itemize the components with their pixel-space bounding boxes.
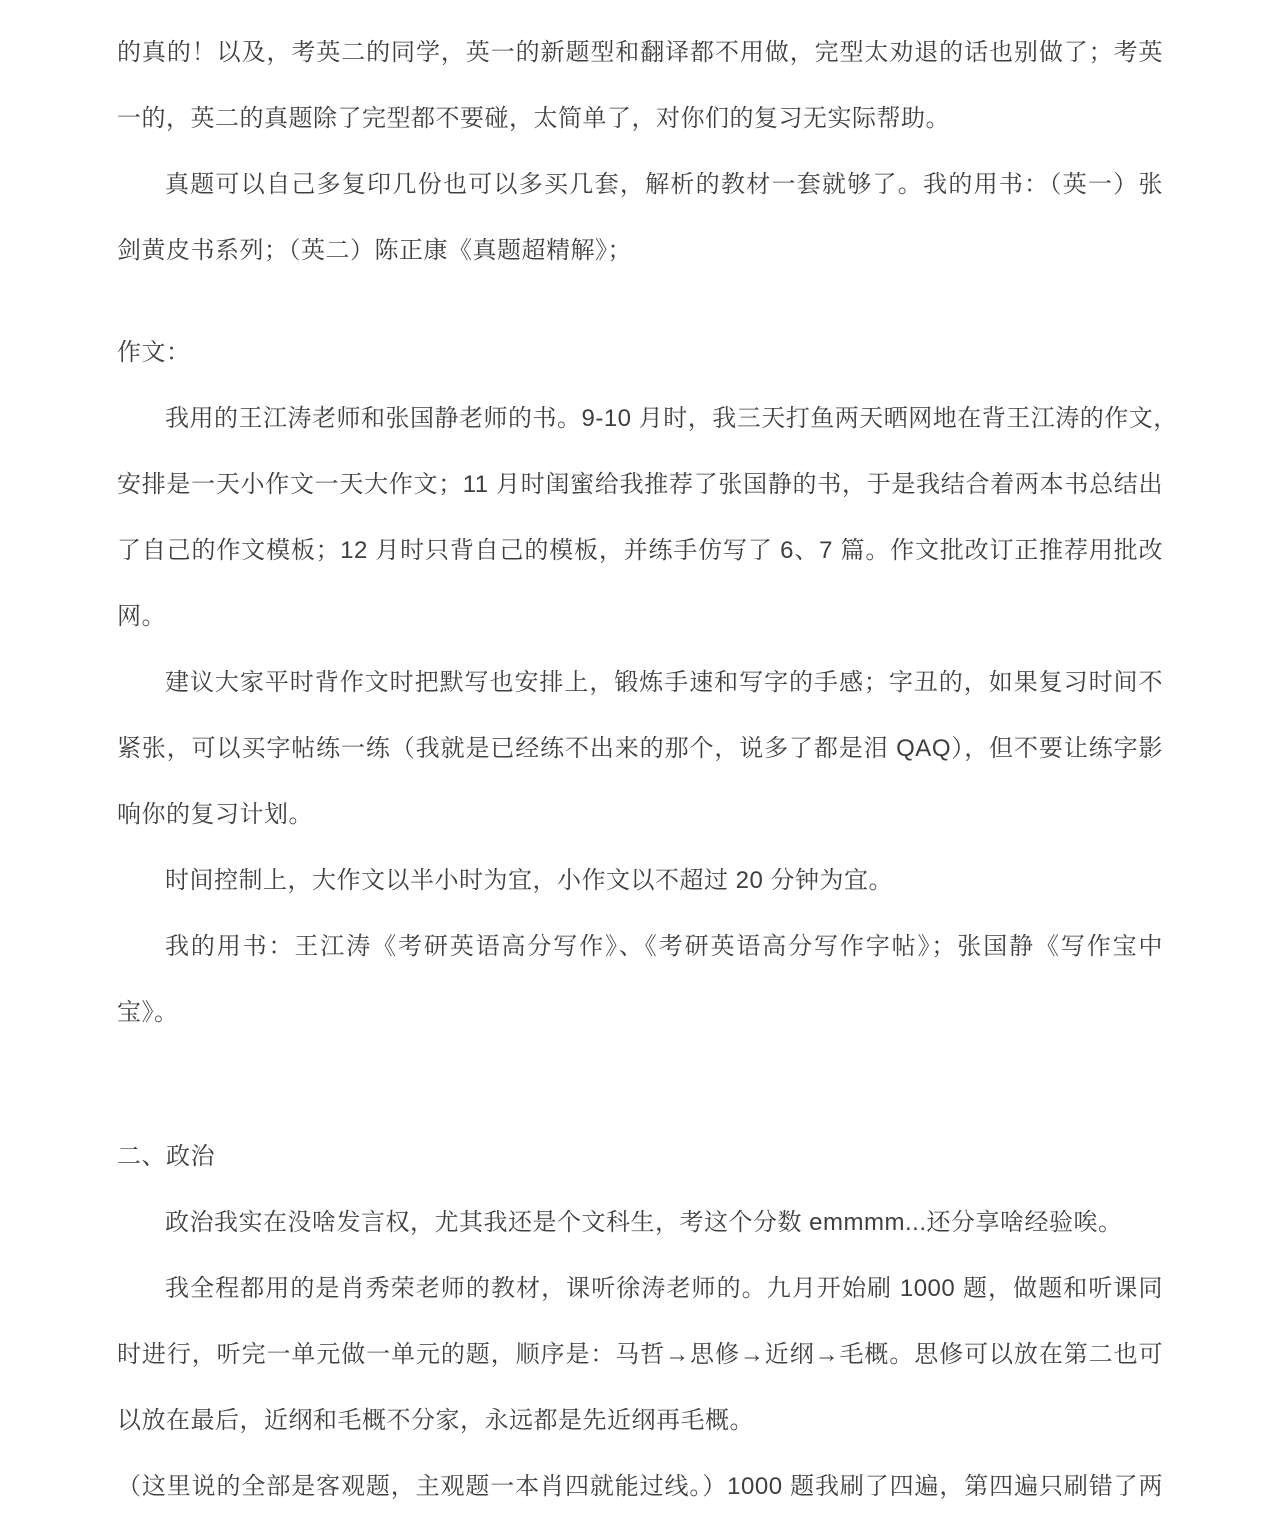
body-line: 我全程都用的是肖秀荣老师的教材，课听徐涛老师的。九月开始刷 1000 题，做题和… <box>117 1256 1163 1322</box>
heading-composition: 作文： <box>117 320 1163 386</box>
body-line: 网。 <box>117 584 1163 650</box>
body-line: 政治我实在没啥发言权，尤其我还是个文科生，考这个分数 emmmm...还分享啥经… <box>117 1190 1163 1256</box>
body-line: 一的，英二的真题除了完型都不要碰，太简单了，对你们的复习无实际帮助。 <box>117 86 1163 152</box>
body-line: 紧张，可以买字帖练一练（我就是已经练不出来的那个，说多了都是泪 QAQ），但不要… <box>117 716 1163 782</box>
body-line: 以放在最后，近纲和毛概不分家，永远都是先近纲再毛概。 <box>117 1388 1163 1454</box>
body-line: 的真的！以及，考英二的同学，英一的新题型和翻译都不用做，完型太劝退的话也别做了；… <box>117 20 1163 86</box>
body-line: 真题可以自己多复印几份也可以多买几套，解析的教材一套就够了。我的用书：（英一）张 <box>117 152 1163 218</box>
body-line: 时进行，听完一单元做一单元的题，顺序是：马哲→思修→近纲→毛概。思修可以放在第二… <box>117 1322 1163 1388</box>
body-line: 我的用书：王江涛《考研英语高分写作》、《考研英语高分写作字帖》；张国静《写作宝中 <box>117 914 1163 980</box>
body-line: 建议大家平时背作文时把默写也安排上，锻炼手速和写字的手感；字丑的，如果复习时间不 <box>117 650 1163 716</box>
body-line: 宝》。 <box>117 980 1163 1046</box>
body-line: 了自己的作文模板；12 月时只背自己的模板，并练手仿写了 6、7 篇。作文批改订… <box>117 518 1163 584</box>
heading-politics: 二、政治 <box>117 1124 1163 1190</box>
body-line: 响你的复习计划。 <box>117 782 1163 848</box>
paragraph-spacer <box>117 284 1163 320</box>
body-line: 时间控制上，大作文以半小时为宜，小作文以不超过 20 分钟为宜。 <box>117 848 1163 914</box>
body-line: 安排是一天小作文一天大作文；11 月时闺蜜给我推荐了张国静的书，于是我结合着两本… <box>117 452 1163 518</box>
section-spacer <box>117 1046 1163 1124</box>
body-line: 我用的王江涛老师和张国静老师的书。9-10 月时，我三天打鱼两天晒网地在背王江涛… <box>117 386 1163 452</box>
body-line: 剑黄皮书系列；（英二）陈正康《真题超精解》； <box>117 218 1163 284</box>
body-line: （这里说的全部是客观题，主观题一本肖四就能过线。）1000 题我刷了四遍，第四遍… <box>117 1454 1163 1520</box>
document-page: 的真的！以及，考英二的同学，英一的新题型和翻译都不用做，完型太劝退的话也别做了；… <box>0 0 1280 1525</box>
